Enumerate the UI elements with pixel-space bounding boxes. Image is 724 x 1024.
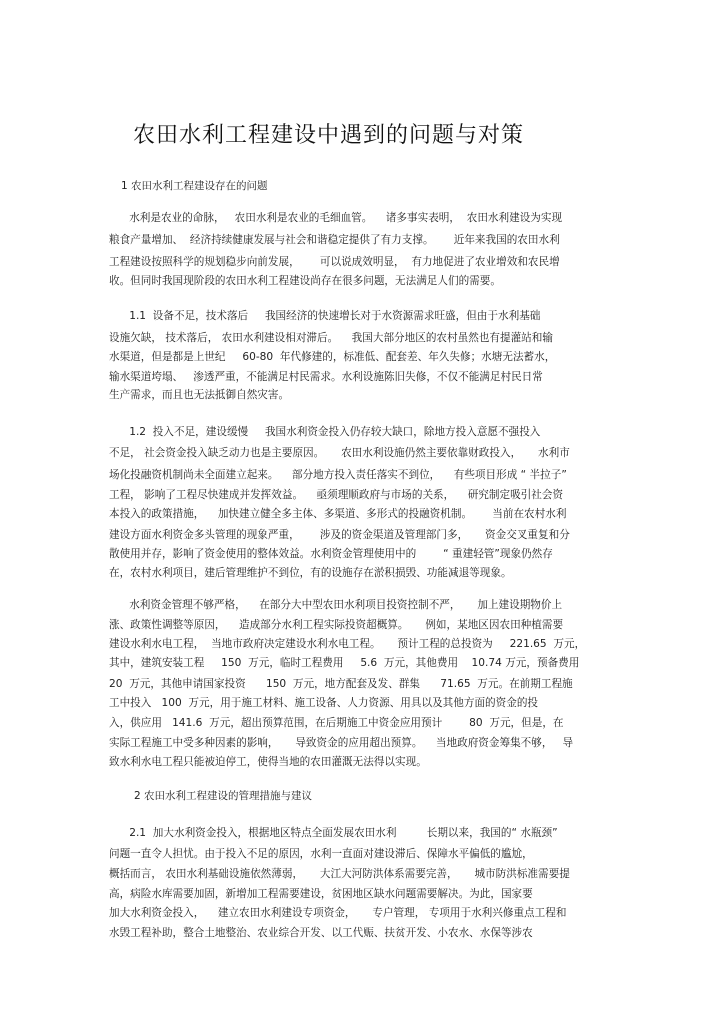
text-line: 工程， 影响了工程尽快建成并发挥效益。 亟须理顺政府与市场的关系， 研究制定吸引…: [109, 488, 563, 502]
text-line: 20 万元，其他申请国家投资 150 万元，地方配套及发、群集 71.65 万元…: [109, 677, 573, 691]
section-2-heading: 2 农田水利工程建设的管理措施与建议: [134, 788, 312, 803]
text-line: 致水利水电工程只能被迫停工，使得当地的农田灌溉无法得以实现。: [109, 755, 427, 769]
text-line: 工程建设按照科学的规划稳步向前发展， 可以说成效明显， 有力地促进了农业增效和农…: [109, 255, 560, 269]
text-line: 在，农村水利项目，建后管理维护不到位，有的设施存在淤积损毁、功能减退等现象。: [109, 566, 512, 580]
text-line: 本投入的政策措施， 加快建立健全多主体、多渠道、多形式的投融资机制。 当前在农村…: [109, 507, 566, 521]
text-line: 不足， 社会资金投入缺乏动力也是主要原因。 农田水利设施仍然主要依靠财政投入， …: [109, 446, 570, 460]
text-line: 入，供应用 141.6 万元，超出预算范围，在后期施工中资金应用预计 80 万元…: [109, 716, 564, 730]
text-line: 粮食产量增加、 经济持续健康发展与社会和谐稳定提供了有力支撑。 近年来我国的农田…: [109, 233, 560, 247]
text-line: 工中投入 100 万元，用于施工材料、施工设备、人力资源、用具以及其他方面的资金…: [109, 696, 538, 710]
text-line: 水利是农业的命脉， 农田水利是农业的毛细血管。 诸多事实表明， 农田水利建设为实…: [109, 211, 562, 225]
document-title: 农田水利工程建设中遇到的问题与对策: [133, 118, 613, 149]
text-line: 建设方面水利资金多头管理的现象严重， 涉及的资金渠道及管理部门多， 资金交叉重复…: [109, 528, 570, 542]
text-line: 水毁工程补助，整合土地整治、农业综合开发、以工代赈、扶贫开发、小农水、水保等涉农: [109, 926, 533, 940]
text-line: 散使用并存，影响了资金使用的整体效益。水利资金管理使用中的 “ 重建轻管”现象仍…: [109, 547, 553, 561]
text-line: 概括而言， 农田水利基础设施依然薄弱， 大江大河防洪体系需要完善， 城市防洪标准…: [109, 867, 570, 881]
text-line: 高，病险水库需要加固，新增加工程需要建设，贫困地区缺水问题需要解决。为此，国家要: [109, 887, 533, 901]
text-line: 收。但同时我国现阶段的农田水利工程建设尚存在很多问题，无法满足人们的需要。: [109, 274, 501, 288]
document-page: 农田水利工程建设中遇到的问题与对策 1 农田水利工程建设存在的问题 水利是农业的…: [0, 0, 724, 1024]
text-line: 加大水利资金投入， 建立农田水利建设专项资金， 专户管理， 专项用于水利兴修重点…: [109, 906, 566, 920]
text-line: 1.2 投入不足，建设缓慢 我国水利资金投入仍存较大缺口，除地方投入意愿不强投入: [109, 425, 540, 439]
text-line: 生产需求，而且也无法抵御自然灾害。: [109, 388, 289, 402]
text-line: 输水渠道垮塌、 渗透严重，不能满足村民需求。水利设施陈旧失修，不仅不能满足村民日…: [109, 370, 543, 384]
text-line: 场化投融资机制尚未全面建立起来。 部分地方投入责任落实不到位， 有些项目形成 “…: [109, 468, 567, 482]
text-line: 实际工程施工中受多种因素的影响， 导致资金的应用超出预算。 当地政府资金筹集不够…: [109, 736, 573, 750]
section-1-heading: 1 农田水利工程建设存在的问题: [121, 178, 268, 193]
text-line: 其中，建筑安装工程 150 万元，临时工程费用 5.6 万元，其他费用 10.7…: [109, 656, 579, 670]
text-line: 水利资金管理不够严格， 在部分大中型农田水利项目投资控制不严， 加上建设期物价上: [109, 598, 562, 612]
text-line: 问题一直令人担忧。由于投入不足的原因，水利一直面对建设滞后、保障水平偏低的尴尬，: [109, 847, 533, 861]
text-line: 水渠道，但是都是上世纪 60-80 年代修建的，标准低、配套差、年久失修；水塘无…: [109, 350, 555, 364]
text-line: 建设水利水电工程， 当地市政府决定建设水利水电工程。 预计工程的总投资为 221…: [109, 637, 585, 651]
text-line: 涨、政策性调整等原因， 造成部分水利工程实际投资超概算。 例如，某地区因农田种植…: [109, 618, 563, 632]
text-line: 2.1 加大水利资金投入，根据地区特点全面发展农田水利 长期以来，我国的“ 水瓶…: [109, 826, 558, 840]
text-line: 1.1 设备不足，技术落后 我国经济的快速增长对于水资源需求旺盛，但由于水利基础: [109, 309, 540, 323]
text-line: 设施欠缺， 技术落后， 农田水利建设相对滞后。 我国大部分地区的农村虽然也有提灌…: [109, 331, 553, 345]
